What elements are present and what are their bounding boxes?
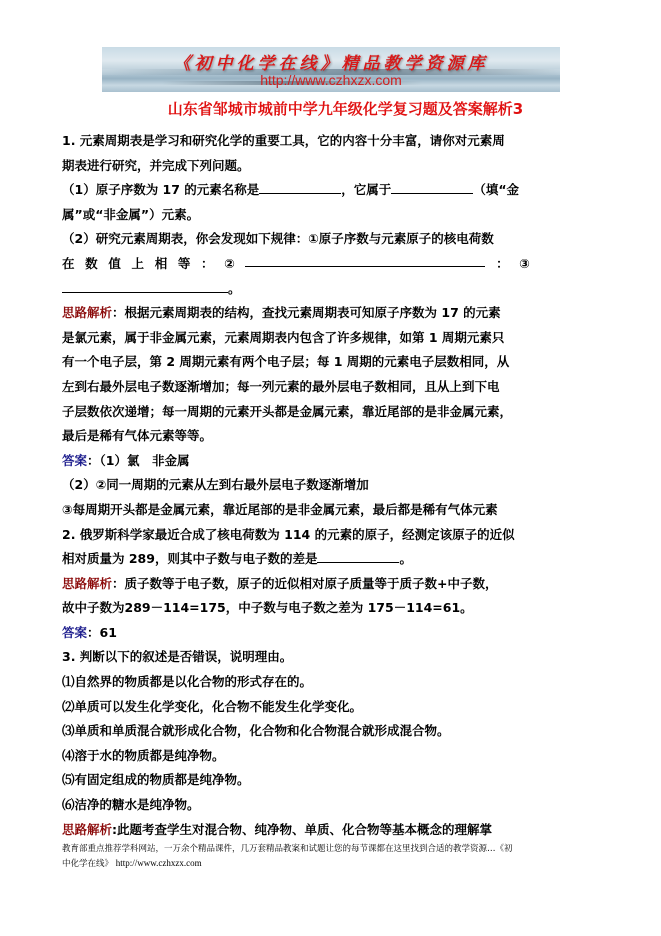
answer1-text: ：（1）氯 非金属 [87, 453, 189, 468]
analysis2-text: ：质子数等于电子数，原子的近似相对原子质量等于质子数+中子数， [112, 576, 497, 591]
q3-item: ⑹洁净的糖水是纯净物。 [62, 793, 530, 818]
q1-part2-char: 值 [108, 252, 121, 277]
footer-line1: 教育部重点推荐学科网站，一万余个精品课件，几万套精品教案和试题让您的每节课都在这… [62, 842, 562, 856]
q2-end: 。 [399, 551, 412, 566]
footer-text: 中化学在线》 [62, 859, 113, 869]
analysis1-text: 根据元素周期表的结构，查找元素周期表可知原子序数为 17 的元素 [125, 305, 501, 320]
banner-brand-text: 《初中化学在线》精品教学资源库 [102, 49, 560, 74]
q1-part1-b: ，它属于 [341, 182, 391, 197]
q3-item: ⑷溶于水的物质都是纯净物。 [62, 744, 530, 769]
q1-part2-colon: ： [496, 252, 509, 277]
analysis-colon: ： [112, 305, 125, 320]
answer1-line2: （2）②同一周期的元素从左到右最外层电子数逐渐增加 [62, 473, 530, 498]
analysis1-line4: 左到右最外层电子数逐渐增加；每一列元素的最外层电子数相同，且从上到下电 [62, 375, 530, 400]
banner-image: 《初中化学在线》精品教学资源库 http://www.czhxzx.com [102, 47, 560, 92]
q1-part2-char: 在 [62, 252, 75, 277]
q2-line2: 相对质量为 289，则其中子数与电子数的差是。 [62, 547, 530, 572]
q1-part2-line1: （2）研究元素周期表，你会发现如下规律：①原子序数与元素原子的核电荷数 [62, 227, 530, 252]
q1-part2-circle3: ③ [519, 252, 530, 277]
q1-part2-line2: 在 数 值 上 相 等 ： ② ： ③ [62, 252, 530, 277]
q1-part2-char: 上 [132, 252, 145, 277]
analysis1-line5: 子层数依次递增；每一周期的元素开头都是金属元素，靠近尾部的是非金属元素， [62, 400, 530, 425]
q1-part2-end: 。 [228, 281, 241, 296]
answer-label: 答案 [62, 625, 87, 640]
banner-url: http://www.czhxzx.com [102, 72, 560, 88]
q1-part1-c: （填“金 [473, 182, 519, 197]
answer2-text: ：61 [87, 625, 117, 640]
answer-blank [62, 278, 228, 293]
analysis3-line1: 思路解析:此题考查学生对混合物、纯净物、单质、化合物等基本概念的理解掌 [62, 818, 530, 843]
analysis2-line2: 故中子数为289－114=175，中子数与电子数之差为 175－114=61。 [62, 596, 530, 621]
analysis3-text: :此题考查学生对混合物、纯净物、单质、化合物等基本概念的理解掌 [112, 822, 492, 837]
q3-item: ⑵单质可以发生化学变化，化合物不能发生化学变化。 [62, 695, 530, 720]
q1-part2-char: ： [201, 252, 214, 277]
q1-part1-line2: 属”或“非金属”）元素。 [62, 203, 530, 228]
q2-text: 相对质量为 289，则其中子数与电子数的差是 [62, 551, 317, 566]
page-footer: 教育部重点推荐学科网站，一万余个精品课件，几万套精品教案和试题让您的每节课都在这… [62, 842, 562, 871]
q1-part2-char: ② [224, 252, 235, 277]
q3-item: ⑸有固定组成的物质都是纯净物。 [62, 768, 530, 793]
answer2-line: 答案：61 [62, 621, 530, 646]
q3-stem: 3. 判断以下的叙述是否错误，说明理由。 [62, 645, 530, 670]
answer-blank [317, 548, 399, 563]
footer-url-link[interactable]: http://www.czhxzx.com [116, 858, 202, 868]
q1-part1-a: （1）原子序数为 17 的元素名称是 [62, 182, 259, 197]
q3-item: ⑶单质和单质混合就形成化合物，化合物和化合物混合就形成混合物。 [62, 719, 530, 744]
q1-part2-char: 等 [178, 252, 191, 277]
analysis-label: 思路解析 [62, 576, 112, 591]
analysis1-line2: 是氯元素，属于非金属元素，元素周期表内包含了许多规律，如第 1 周期元素只 [62, 326, 530, 351]
analysis-label: 思路解析 [62, 305, 112, 320]
q1-line1: 1. 元素周期表是学习和研究化学的重要工具，它的内容十分丰富，请你对元素周 [62, 129, 530, 154]
analysis1-line1: 思路解析：根据元素周期表的结构，查找元素周期表可知原子序数为 17 的元素 [62, 301, 530, 326]
answer-label: 答案 [62, 453, 87, 468]
analysis1-line6: 最后是稀有气体元素等等。 [62, 424, 530, 449]
analysis1-line3: 有一个电子层，第 2 周期元素有两个电子层；每 1 周期的元素电子层数相同，从 [62, 350, 530, 375]
answer-blank [259, 179, 341, 194]
footer-line2: 中化学在线》 http://www.czhxzx.com [62, 856, 562, 871]
q2-line1: 2. 俄罗斯科学家最近合成了核电荷数为 114 的元素的原子，经测定该原子的近似 [62, 523, 530, 548]
q1-line2: 期表进行研究，并完成下列问题。 [62, 154, 530, 179]
answer-blank [245, 252, 485, 267]
q1-part2-char: 相 [155, 252, 168, 277]
answer1-line3: ③每周期开头都是金属元素，靠近尾部的是非金属元素，最后都是稀有气体元素 [62, 498, 530, 523]
answer-blank [391, 179, 473, 194]
q3-item: ⑴自然界的物质都是以化合物的形式存在的。 [62, 670, 530, 695]
answer1-line1: 答案：（1）氯 非金属 [62, 449, 530, 474]
q1-part2-line3: 。 [62, 277, 530, 302]
q1-part2-char: 数 [85, 252, 98, 277]
analysis-label: 思路解析 [62, 822, 112, 837]
q1-part1: （1）原子序数为 17 的元素名称是，它属于（填“金 [62, 178, 530, 203]
document-body: 1. 元素周期表是学习和研究化学的重要工具，它的内容十分丰富，请你对元素周 期表… [62, 129, 530, 842]
analysis2-line1: 思路解析：质子数等于电子数，原子的近似相对原子质量等于质子数+中子数， [62, 572, 530, 597]
page-title: 山东省邹城市城前中学九年级化学复习题及答案解析3 [0, 98, 661, 119]
